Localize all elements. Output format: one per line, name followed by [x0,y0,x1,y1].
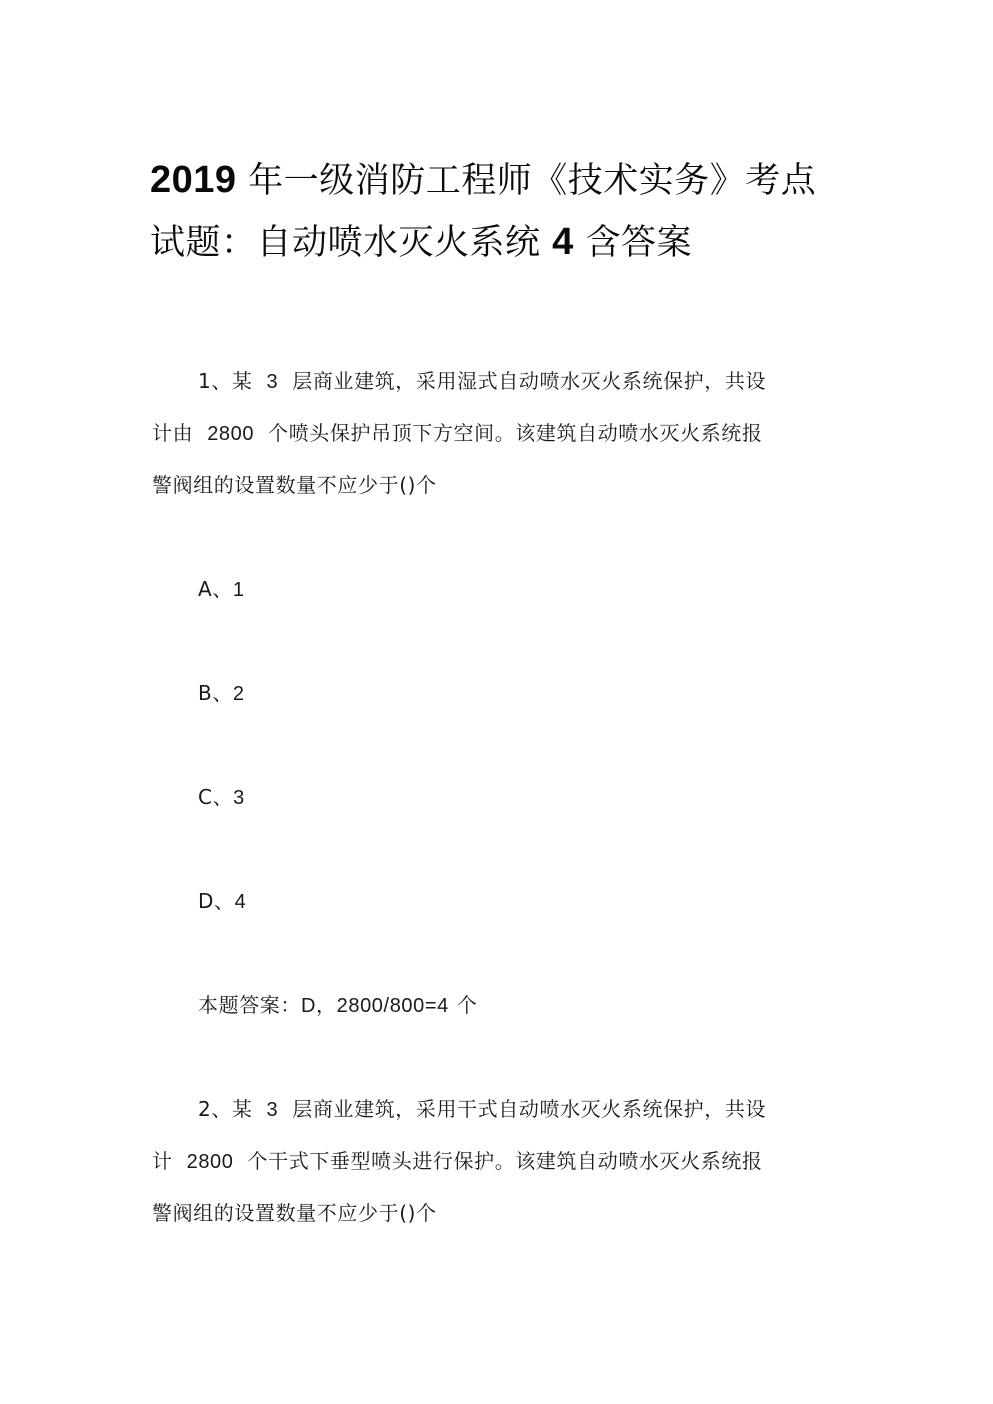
title-number: 4 [552,221,574,263]
question-1-line-2: 计由2800个喷头保护吊顶下方空间。该建筑自动喷水灭火系统报 [152,420,763,447]
answer-line: 本题答案：D，2800/800=4个 [198,992,477,1019]
title-text-2b: 含答案 [585,223,692,263]
document-title-line-1: 2019 年一级消防工程师《技术实务》考点 [150,160,816,201]
question-1-text-2-pre: 计由 [152,421,193,445]
title-text-2a: 试题：自动喷水灭火系统 [150,223,541,263]
question-1-floors: 3 [267,371,279,393]
option-c-label: C、 [198,785,233,809]
question-2-text-2-pre: 计 [152,1149,173,1173]
question-2-text-3: 警阀组的设置数量不应少于()个 [152,1201,437,1225]
option-b-value: 2 [233,683,245,705]
question-1-number: 1、某 [198,369,253,393]
document-page: 2019 年一级消防工程师《技术实务》考点 试题：自动喷水灭火系统 4 含答案 … [0,0,993,1404]
question-2-line-3: 警阀组的设置数量不应少于()个 [152,1200,437,1226]
question-2-count: 2800 [187,1151,234,1173]
question-2-line-2: 计2800个干式下垂型喷头进行保护。该建筑自动喷水灭火系统报 [152,1148,763,1175]
question-1-line-3: 警阀组的设置数量不应少于()个 [152,472,437,498]
question-2-line-1: 2、某3层商业建筑，采用干式自动喷水灭火系统保护，共设 [198,1096,766,1123]
question-1-line-1: 1、某3层商业建筑，采用湿式自动喷水灭火系统保护，共设 [198,368,766,395]
option-b: B、2 [198,680,245,707]
document-title-line-2: 试题：自动喷水灭火系统 4 含答案 [150,222,692,263]
question-1-text-3: 警阀组的设置数量不应少于()个 [152,473,437,497]
option-d-value: 4 [235,891,247,913]
question-2-text-2: 个干式下垂型喷头进行保护。该建筑自动喷水灭火系统报 [248,1149,763,1173]
option-b-label: B、 [198,681,233,705]
option-d: D、4 [198,888,246,915]
option-a-label: A、 [198,577,233,601]
option-c: C、3 [198,784,245,811]
answer-value: D，2800/800=4 [301,995,449,1017]
option-c-value: 3 [233,787,245,809]
option-d-label: D、 [198,889,235,913]
title-year: 2019 [150,159,237,201]
question-1-text-2: 个喷头保护吊顶下方空间。该建筑自动喷水灭火系统报 [268,421,762,445]
question-2-number: 2、某 [198,1097,253,1121]
question-1-count: 2800 [207,423,254,445]
title-text-1: 年一级消防工程师《技术实务》考点 [248,161,816,201]
option-a: A、1 [198,576,245,603]
question-2-floors: 3 [267,1099,279,1121]
answer-unit: 个 [457,993,478,1017]
question-2-text-1: 层商业建筑，采用干式自动喷水灭火系统保护，共设 [292,1097,766,1121]
question-1-text-1: 层商业建筑，采用湿式自动喷水灭火系统保护，共设 [292,369,766,393]
answer-label: 本题答案： [198,993,301,1017]
option-a-value: 1 [233,579,245,601]
